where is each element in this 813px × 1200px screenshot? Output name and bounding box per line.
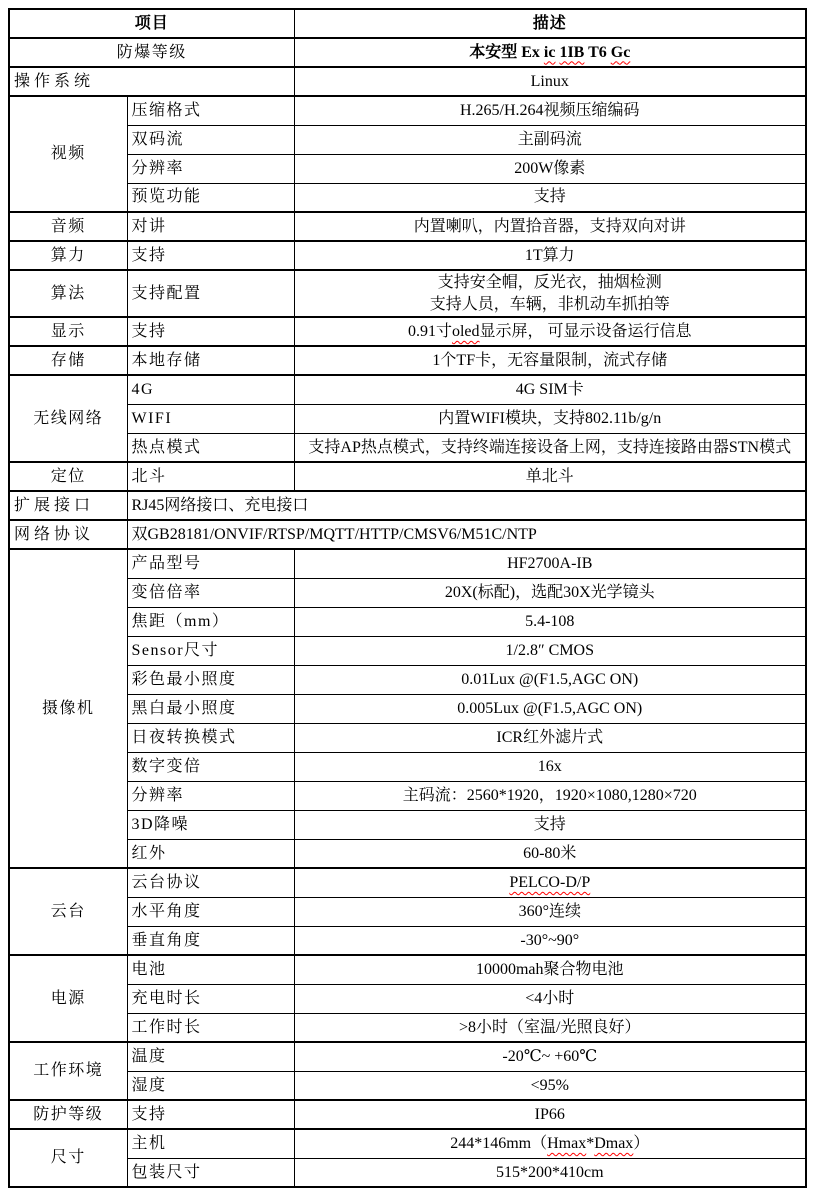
header-desc-column: 描述 (294, 9, 806, 38)
item-category-cell: 显示 (9, 317, 127, 346)
table-row: WIFI内置WIFI模块，支持802.11b/g/n (9, 404, 806, 433)
sub-item-cell: 双码流 (127, 125, 294, 154)
sub-item-cell: 支持 (127, 317, 294, 346)
item-category-cell: 算力 (9, 241, 127, 270)
sub-item-cell: 产品型号 (127, 549, 294, 578)
product-spec-table: 项目 描述 防爆等级本安型 Ex ic 1IB T6 Gc操作系统Linux视频… (8, 8, 807, 1188)
sub-item-cell: 变倍倍率 (127, 578, 294, 607)
value-text: 本安型 Ex (469, 44, 544, 61)
description-cell: 5.4-108 (294, 607, 806, 636)
description-cell: <95% (294, 1071, 806, 1100)
sub-item-cell: 日夜转换模式 (127, 723, 294, 752)
value-text: 244*146mm（ (450, 1135, 547, 1152)
item-category-cell: 电源 (9, 955, 127, 1042)
sub-item-cell: 分辨率 (127, 781, 294, 810)
spellcheck-underlined-text: oled (452, 323, 480, 340)
sub-item-cell: WIFI (127, 404, 294, 433)
value-text: 0.91寸 (408, 323, 452, 340)
spellcheck-underlined-text: Hmax (547, 1135, 586, 1152)
description-cell: 内置WIFI模块，支持802.11b/g/n (294, 404, 806, 433)
table-row: 视频压缩格式H.265/H.264视频压缩编码 (9, 96, 806, 125)
description-cell: PELCO-D/P (294, 868, 806, 897)
sub-item-cell: 充电时长 (127, 984, 294, 1013)
item-category-cell: 网络协议 (9, 520, 127, 549)
description-cell: ICR红外滤片式 (294, 723, 806, 752)
table-row: 工作环境温度-20℃~ +60℃ (9, 1042, 806, 1071)
description-cell: HF2700A-IB (294, 549, 806, 578)
description-cell: H.265/H.264视频压缩编码 (294, 96, 806, 125)
table-row: 分辨率主码流：2560*1920，1920×1080,1280×720 (9, 781, 806, 810)
description-cell: 360°连续 (294, 897, 806, 926)
description-cell: RJ45网络接口、充电接口 (127, 491, 806, 520)
table-row: 变倍倍率20X(标配)，选配30X光学镜头 (9, 578, 806, 607)
table-row: 充电时长<4小时 (9, 984, 806, 1013)
table-row: 云台云台协议PELCO-D/P (9, 868, 806, 897)
sub-item-cell: 垂直角度 (127, 926, 294, 955)
item-category-cell: 扩展接口 (9, 491, 127, 520)
sub-item-cell: 主机 (127, 1129, 294, 1158)
spellcheck-underlined-text: Gc (611, 44, 631, 61)
description-cell: 4G SIM卡 (294, 375, 806, 404)
description-cell: 支持 (294, 810, 806, 839)
item-category-cell: 音频 (9, 212, 127, 241)
description-cell: 单北斗 (294, 462, 806, 491)
item-category-cell: 工作环境 (9, 1042, 127, 1100)
table-row: 水平角度360°连续 (9, 897, 806, 926)
table-row: 数字变倍16x (9, 752, 806, 781)
description-cell: 内置喇叭，内置拾音器，支持双向对讲 (294, 212, 806, 241)
description-cell: -30°~90° (294, 926, 806, 955)
description-cell: 200W像素 (294, 154, 806, 183)
sub-item-cell: 支持 (127, 1100, 294, 1129)
description-cell: 0.01Lux @(F1.5,AGC ON) (294, 665, 806, 694)
description-cell: 16x (294, 752, 806, 781)
sub-item-cell: 云台协议 (127, 868, 294, 897)
description-cell: 10000mah聚合物电池 (294, 955, 806, 984)
table-row: 摄像机产品型号HF2700A-IB (9, 549, 806, 578)
sub-item-cell: 北斗 (127, 462, 294, 491)
item-category-cell: 防爆等级 (9, 38, 294, 67)
item-category-cell: 视频 (9, 96, 127, 212)
description-cell: 515*200*410cm (294, 1158, 806, 1187)
table-row: 日夜转换模式ICR红外滤片式 (9, 723, 806, 752)
table-row: 双码流主副码流 (9, 125, 806, 154)
description-cell: 1T算力 (294, 241, 806, 270)
description-cell: -20℃~ +60℃ (294, 1042, 806, 1071)
spellcheck-underlined-text: 1IB (559, 44, 584, 61)
table-row: 操作系统Linux (9, 67, 806, 96)
item-category-cell: 操作系统 (9, 67, 294, 96)
item-category-cell: 云台 (9, 868, 127, 955)
sub-item-cell: Sensor尺寸 (127, 636, 294, 665)
table-row: 垂直角度-30°~90° (9, 926, 806, 955)
item-category-cell: 定位 (9, 462, 127, 491)
sub-item-cell: 分辨率 (127, 154, 294, 183)
description-cell: 双GB28181/ONVIF/RTSP/MQTT/HTTP/CMSV6/M51C… (127, 520, 806, 549)
table-row: 湿度<95% (9, 1071, 806, 1100)
table-row: 算力支持1T算力 (9, 241, 806, 270)
sub-item-cell: 对讲 (127, 212, 294, 241)
table-row: 尺寸主机244*146mm（Hmax*Dmax） (9, 1129, 806, 1158)
description-cell: 60-80米 (294, 839, 806, 868)
sub-item-cell: 热点模式 (127, 433, 294, 462)
spellcheck-underlined-text: ic (544, 44, 556, 61)
spellcheck-underlined-text: Dmax (594, 1135, 633, 1152)
sub-item-cell: 工作时长 (127, 1013, 294, 1042)
sub-item-cell: 支持配置 (127, 270, 294, 317)
sub-item-cell: 本地存储 (127, 346, 294, 375)
description-cell: >8小时（室温/光照良好） (294, 1013, 806, 1042)
table-row: 存储本地存储1个TF卡，无容量限制，流式存储 (9, 346, 806, 375)
sub-item-cell: 水平角度 (127, 897, 294, 926)
sub-item-cell: 焦距（mm） (127, 607, 294, 636)
table-row: 红外60-80米 (9, 839, 806, 868)
description-cell: 0.91寸oled显示屏， 可显示设备运行信息 (294, 317, 806, 346)
table-row: 定位北斗单北斗 (9, 462, 806, 491)
table-row: 预览功能支持 (9, 183, 806, 212)
table-row: Sensor尺寸1/2.8″ CMOS (9, 636, 806, 665)
description-cell: 支持AP热点模式，支持终端连接设备上网，支持连接路由器STN模式 (294, 433, 806, 462)
spellcheck-underlined-text: PELCO-D/P (509, 874, 590, 891)
sub-item-cell: 3D降噪 (127, 810, 294, 839)
table-row: 电源电池10000mah聚合物电池 (9, 955, 806, 984)
table-row: 工作时长>8小时（室温/光照良好） (9, 1013, 806, 1042)
description-cell: <4小时 (294, 984, 806, 1013)
description-cell: 244*146mm（Hmax*Dmax） (294, 1129, 806, 1158)
table-row: 防护等级支持IP66 (9, 1100, 806, 1129)
sub-item-cell: 湿度 (127, 1071, 294, 1100)
table-row: 热点模式支持AP热点模式，支持终端连接设备上网，支持连接路由器STN模式 (9, 433, 806, 462)
description-cell: IP66 (294, 1100, 806, 1129)
description-cell: 本安型 Ex ic 1IB T6 Gc (294, 38, 806, 67)
sub-item-cell: 预览功能 (127, 183, 294, 212)
sub-item-cell: 黑白最小照度 (127, 694, 294, 723)
sub-item-cell: 压缩格式 (127, 96, 294, 125)
spec-sheet-page: 项目 描述 防爆等级本安型 Ex ic 1IB T6 Gc操作系统Linux视频… (0, 0, 813, 1200)
table-row: 焦距（mm）5.4-108 (9, 607, 806, 636)
description-cell: 主副码流 (294, 125, 806, 154)
value-text: T6 (584, 44, 610, 61)
item-category-cell: 摄像机 (9, 549, 127, 868)
table-row: 显示支持0.91寸oled显示屏， 可显示设备运行信息 (9, 317, 806, 346)
description-cell: 1个TF卡，无容量限制，流式存储 (294, 346, 806, 375)
sub-item-cell: 包装尺寸 (127, 1158, 294, 1187)
description-cell: 20X(标配)，选配30X光学镜头 (294, 578, 806, 607)
description-cell: Linux (294, 67, 806, 96)
table-row: 3D降噪支持 (9, 810, 806, 839)
table-row: 音频对讲内置喇叭，内置拾音器，支持双向对讲 (9, 212, 806, 241)
value-text: ） (633, 1135, 649, 1152)
table-row: 黑白最小照度0.005Lux @(F1.5,AGC ON) (9, 694, 806, 723)
header-item-column: 项目 (9, 9, 294, 38)
table-row: 包装尺寸515*200*410cm (9, 1158, 806, 1187)
table-row: 算法支持配置支持安全帽，反光衣，抽烟检测 支持人员，车辆，非机动车抓拍等 (9, 270, 806, 317)
description-cell: 支持 (294, 183, 806, 212)
item-category-cell: 防护等级 (9, 1100, 127, 1129)
value-text: * (586, 1135, 594, 1152)
table-row: 分辨率200W像素 (9, 154, 806, 183)
table-body: 防爆等级本安型 Ex ic 1IB T6 Gc操作系统Linux视频压缩格式H.… (9, 38, 806, 1187)
table-row: 防爆等级本安型 Ex ic 1IB T6 Gc (9, 38, 806, 67)
item-category-cell: 尺寸 (9, 1129, 127, 1187)
item-category-cell: 存储 (9, 346, 127, 375)
sub-item-cell: 支持 (127, 241, 294, 270)
sub-item-cell: 温度 (127, 1042, 294, 1071)
table-row: 彩色最小照度0.01Lux @(F1.5,AGC ON) (9, 665, 806, 694)
description-cell: 1/2.8″ CMOS (294, 636, 806, 665)
sub-item-cell: 电池 (127, 955, 294, 984)
table-row: 网络协议双GB28181/ONVIF/RTSP/MQTT/HTTP/CMSV6/… (9, 520, 806, 549)
table-header-row: 项目 描述 (9, 9, 806, 38)
sub-item-cell: 红外 (127, 839, 294, 868)
sub-item-cell: 数字变倍 (127, 752, 294, 781)
table-row: 扩展接口RJ45网络接口、充电接口 (9, 491, 806, 520)
item-category-cell: 算法 (9, 270, 127, 317)
description-cell: 主码流：2560*1920，1920×1080,1280×720 (294, 781, 806, 810)
value-text: 显示屏， 可显示设备运行信息 (480, 323, 692, 340)
table-row: 无线网络4G4G SIM卡 (9, 375, 806, 404)
description-cell: 0.005Lux @(F1.5,AGC ON) (294, 694, 806, 723)
sub-item-cell: 4G (127, 375, 294, 404)
description-cell: 支持安全帽，反光衣，抽烟检测 支持人员，车辆，非机动车抓拍等 (294, 270, 806, 317)
sub-item-cell: 彩色最小照度 (127, 665, 294, 694)
item-category-cell: 无线网络 (9, 375, 127, 462)
